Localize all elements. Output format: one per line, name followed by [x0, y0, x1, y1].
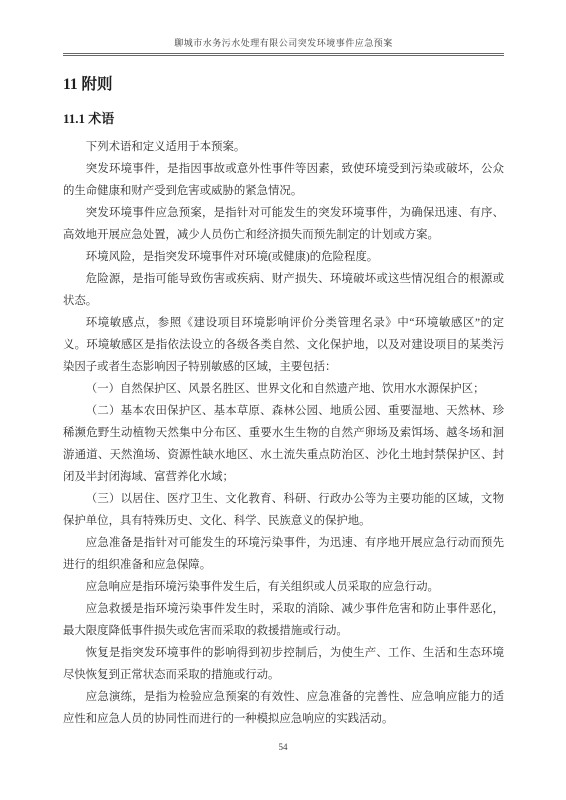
paragraph: （一）自然保护区、风景名胜区、世界文化和自然遗产地、饮用水水源保护区；	[63, 378, 504, 400]
page-header: 聊城市水务污水处理有限公司突发环境事件应急预案	[63, 36, 504, 56]
paragraph: 危险源，是指可能导致伤害或疾病、财产损失、环境破坏或这些情况组合的根源或状态。	[63, 268, 504, 312]
chapter-heading: 11 附则	[63, 75, 504, 95]
header-title: 聊城市水务污水处理有限公司突发环境事件应急预案	[63, 36, 504, 49]
paragraph: （二）基本农田保护区、基本草原、森林公园、地质公园、重要湿地、天然林、珍稀濒危野…	[63, 400, 504, 488]
paragraph: 应急准备是指针对可能发生的环境污染事件，为迅速、有序地开展应急行动而预先进行的组…	[63, 532, 504, 576]
paragraph: 环境风险，是指突发环境事件对环境(或健康)的危险程度。	[63, 246, 504, 268]
document-body: 11 附则 11.1 术语 下列术语和定义适用于本预案。 突发环境事件，是指因事…	[63, 75, 504, 730]
paragraph: 应急演练，是指为检验应急预案的有效性、应急准备的完善性、应急响应能力的适应性和应…	[63, 686, 504, 730]
paragraph: 下列术语和定义适用于本预案。	[63, 136, 504, 158]
paragraph: 突发环境事件应急预案，是指针对可能发生的突发环境事件，为确保迅速、有序、高效地开…	[63, 202, 504, 246]
page-number: 54	[279, 742, 288, 752]
paragraph: 突发环境事件，是指因事故或意外性事件等因素，致使环境受到污染或破坏，公众的生命健…	[63, 158, 504, 202]
paragraph: 应急救援是指环境污染事件发生时，采取的消除、减少事件危害和防止事件恶化，最大限度…	[63, 598, 504, 642]
document-page: 聊城市水务污水处理有限公司突发环境事件应急预案 11 附则 11.1 术语 下列…	[0, 0, 566, 800]
paragraph: 恢复是指突发环境事件的影响得到初步控制后，为使生产、工作、生活和生态环境尽快恢复…	[63, 642, 504, 686]
paragraph: （三）以居住、医疗卫生、文化教育、科研、行政办公等为主要功能的区域，文物保护单位…	[63, 488, 504, 532]
paragraph: 环境敏感点，参照《建设项目环境影响评价分类管理名录》中“环境敏感区”的定义。环境…	[63, 312, 504, 378]
paragraph: 应急响应是指环境污染事件发生后，有关组织或人员采取的应急行动。	[63, 576, 504, 598]
section-heading: 11.1 术语	[63, 110, 504, 127]
page-footer: 54	[0, 737, 566, 755]
